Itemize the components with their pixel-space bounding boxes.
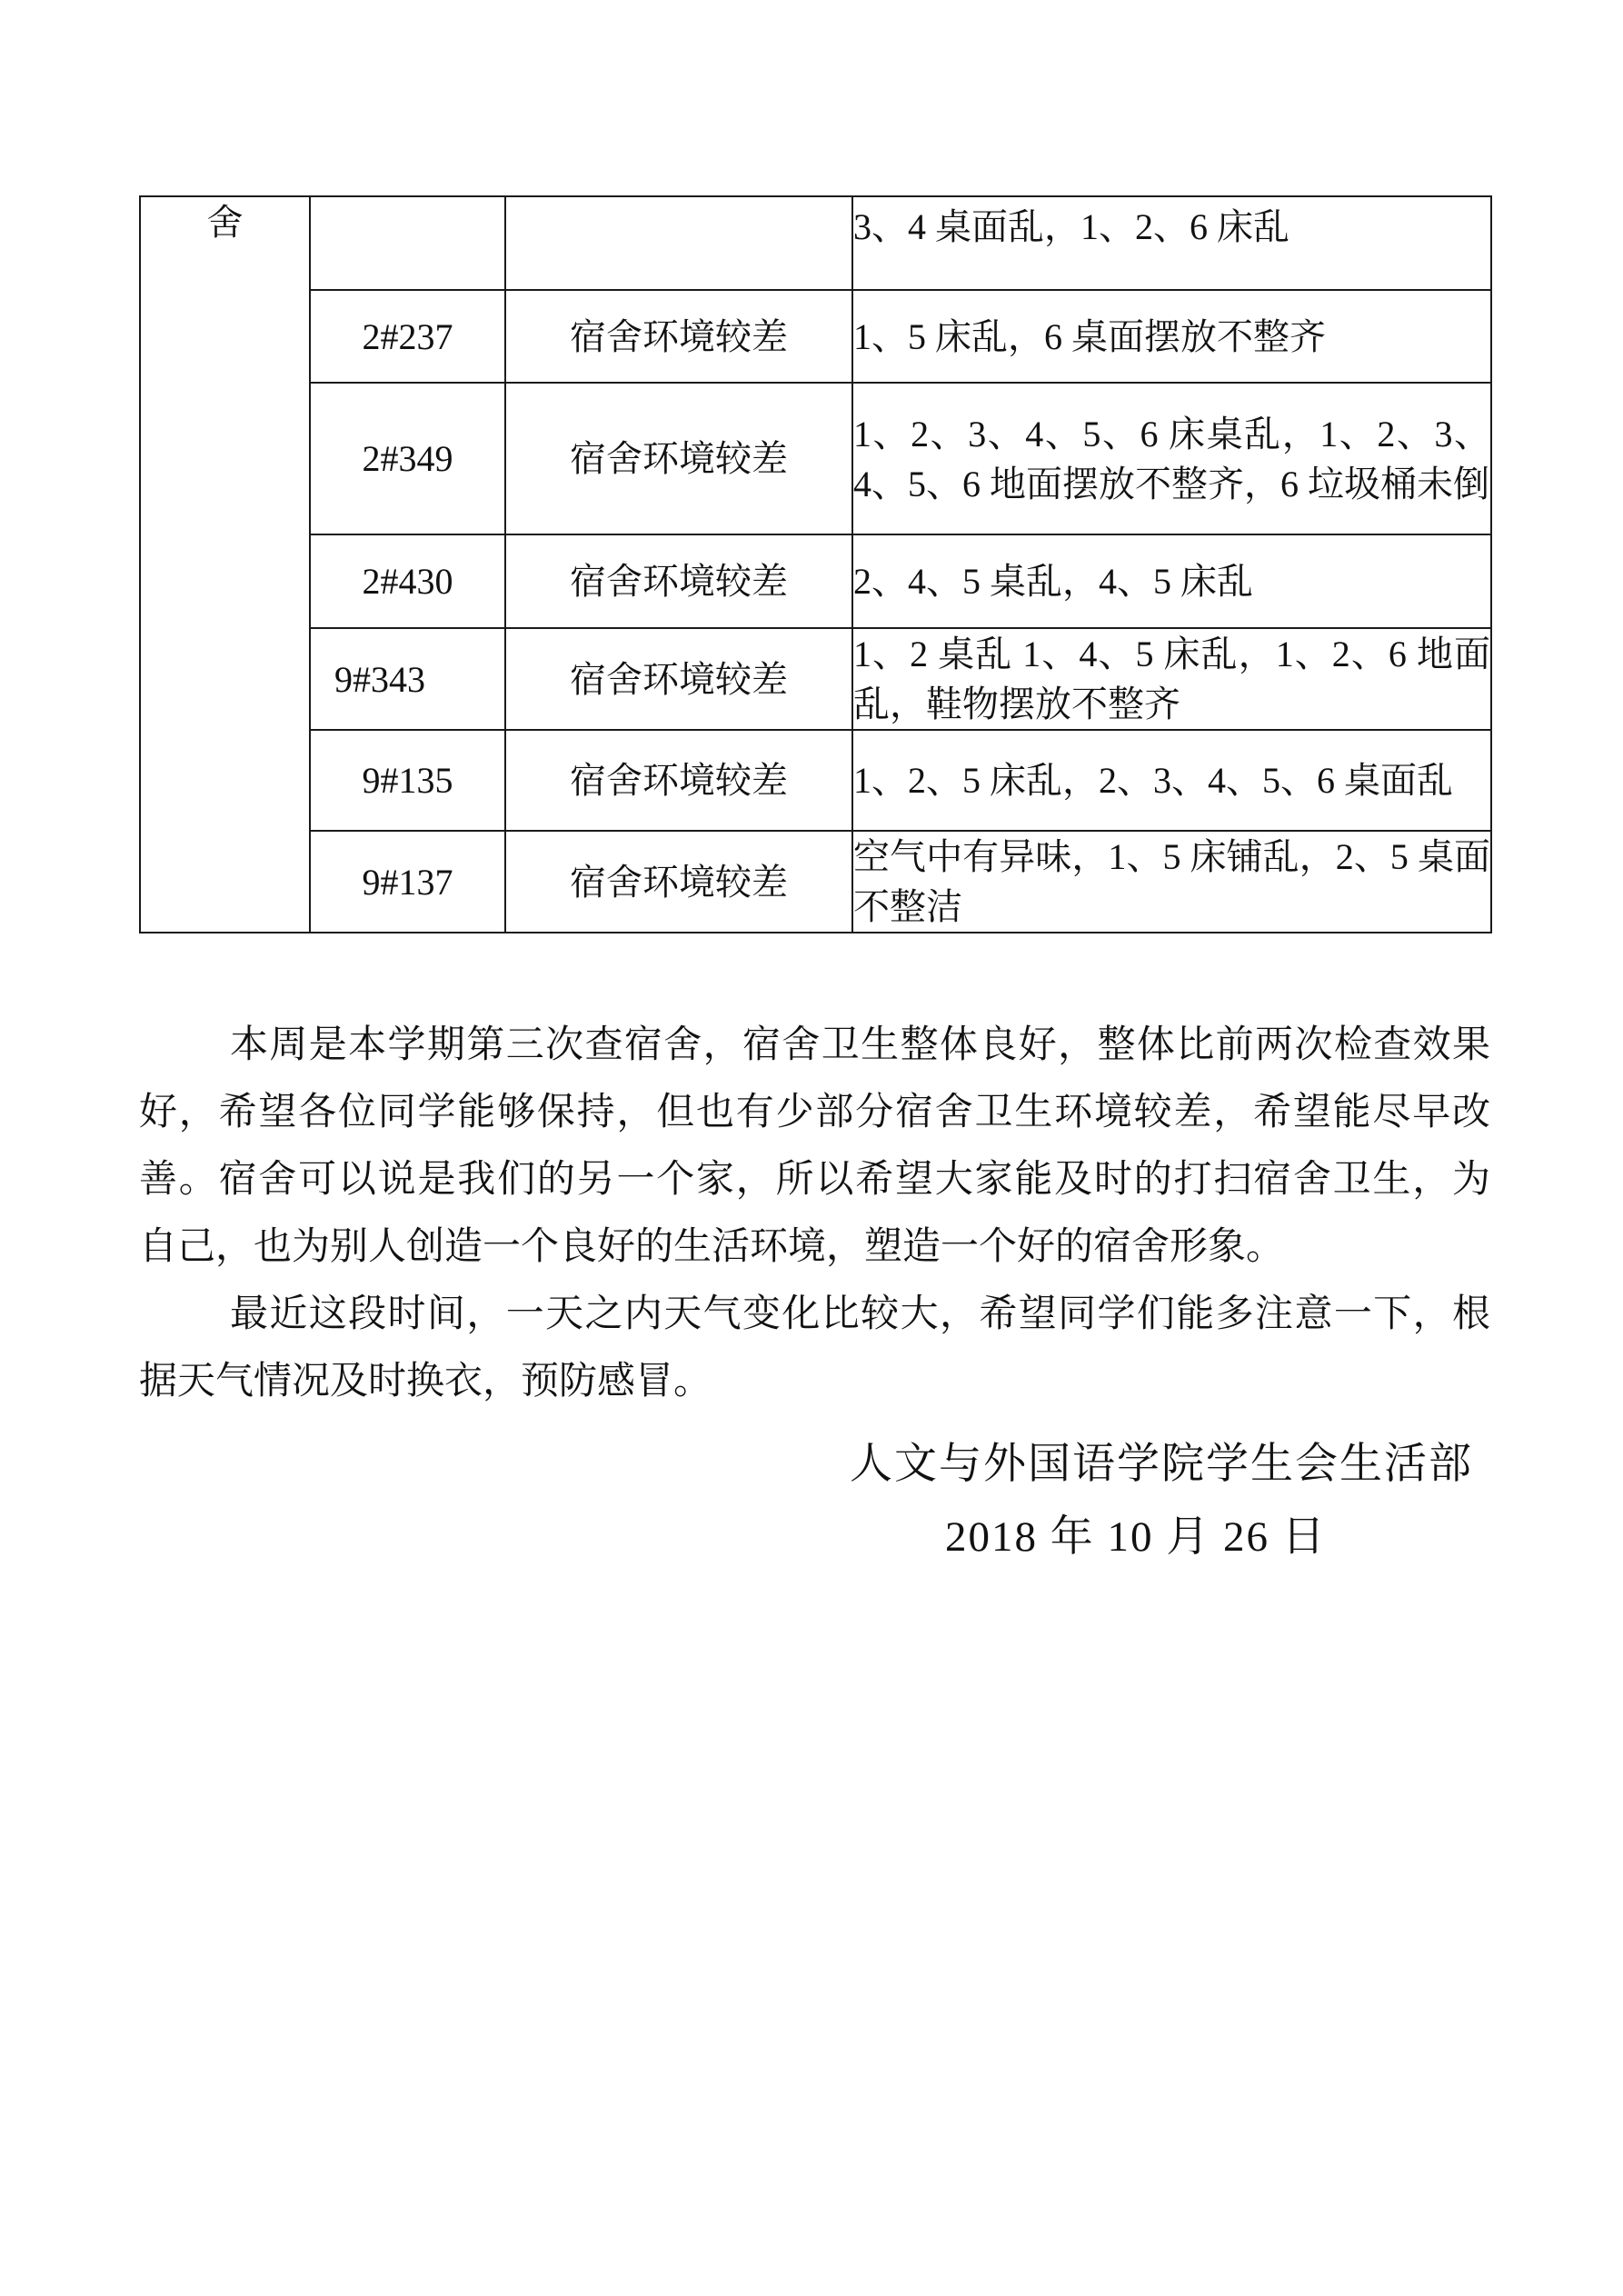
table-row: 2#430 宿舍环境较差 2、4、5 桌乱，4、5 床乱 (140, 534, 1491, 628)
date: 2018 年 10 月 26 日 (945, 1512, 1327, 1562)
table-row: 2#349 宿舍环境较差 1、2、3、4、5、6 床桌乱，1、2、3、4、5、6… (140, 383, 1491, 534)
document-page: 舍 3、4 桌面乱，1、2、6 床乱 2#237 宿舍环境较差 1、5 床乱，6… (0, 0, 1623, 2296)
inspection-table: 舍 3、4 桌面乱，1、2、6 床乱 2#237 宿舍环境较差 1、5 床乱，6… (139, 195, 1492, 933)
table-row: 9#343 宿舍环境较差 1、2 桌乱 1、4、5 床乱，1、2、6 地面乱，鞋… (140, 628, 1491, 730)
dorm-category-cell: 舍 (140, 196, 310, 933)
room-cell: 2#430 (310, 534, 505, 628)
table-row: 2#237 宿舍环境较差 1、5 床乱，6 桌面摆放不整齐 (140, 290, 1491, 383)
issues-cell: 空气中有异味，1、5 床铺乱，2、5 桌面不整洁 (852, 831, 1491, 933)
body-line: 自己，也为别人创造一个良好的生活环境，塑造一个好的宿舍形象。 (139, 1213, 1490, 1281)
body-line: 本周是本学期第三次查宿舍，宿舍卫生整体良好，整体比前两次检查效果 (139, 1012, 1490, 1079)
status-cell: 宿舍环境较差 (505, 290, 852, 383)
table-row: 9#137 宿舍环境较差 空气中有异味，1、5 床铺乱，2、5 桌面不整洁 (140, 831, 1491, 933)
status-cell (505, 196, 852, 290)
table-row: 9#135 宿舍环境较差 1、2、5 床乱，2、3、4、5、6 桌面乱 (140, 730, 1491, 831)
body-line: 最近这段时间，一天之内天气变化比较大，希望同学们能多注意一下，根 (139, 1281, 1490, 1348)
status-cell: 宿舍环境较差 (505, 534, 852, 628)
issues-cell: 3、4 桌面乱，1、2、6 床乱 (852, 196, 1491, 290)
status-cell: 宿舍环境较差 (505, 383, 852, 534)
room-cell (310, 196, 505, 290)
body-line: 好，希望各位同学能够保持，但也有少部分宿舍卫生环境较差，希望能尽早改 (139, 1079, 1490, 1146)
status-cell: 宿舍环境较差 (505, 628, 852, 730)
body-line: 据天气情况及时换衣，预防感冒。 (139, 1348, 1490, 1415)
issues-cell: 1、2、3、4、5、6 床桌乱，1、2、3、4、5、6 地面摆放不整齐，6 垃圾… (852, 383, 1491, 534)
status-cell: 宿舍环境较差 (505, 730, 852, 831)
issues-cell: 1、2 桌乱 1、4、5 床乱，1、2、6 地面乱，鞋物摆放不整齐 (852, 628, 1491, 730)
status-cell: 宿舍环境较差 (505, 831, 852, 933)
room-cell: 9#343 (310, 628, 505, 730)
room-cell: 9#135 (310, 730, 505, 831)
body-line: 善。宿舍可以说是我们的另一个家，所以希望大家能及时的打扫宿舍卫生，为 (139, 1146, 1490, 1213)
issues-cell: 1、5 床乱，6 桌面摆放不整齐 (852, 290, 1491, 383)
issues-cell: 1、2、5 床乱，2、3、4、5、6 桌面乱 (852, 730, 1491, 831)
room-cell: 9#137 (310, 831, 505, 933)
table-row: 舍 3、4 桌面乱，1、2、6 床乱 (140, 196, 1491, 290)
room-cell: 2#349 (310, 383, 505, 534)
issues-cell: 2、4、5 桌乱，4、5 床乱 (852, 534, 1491, 628)
room-cell: 2#237 (310, 290, 505, 383)
signature: 人文与外国语学院学生会生活部 (850, 1440, 1473, 1489)
body-paragraphs: 本周是本学期第三次查宿舍，宿舍卫生整体良好，整体比前两次检查效果 好，希望各位同… (139, 1012, 1490, 1415)
